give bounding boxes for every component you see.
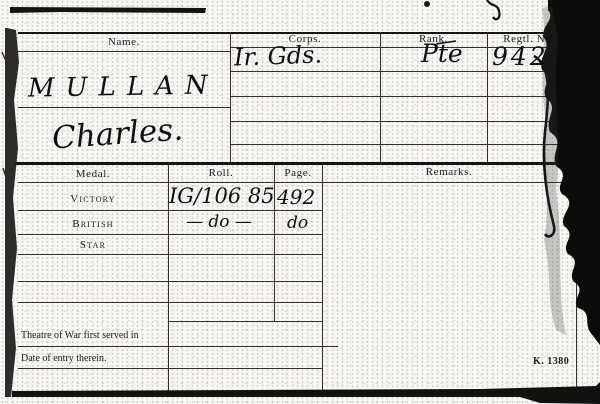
medal-row-british-label: British (18, 218, 168, 230)
rule-line (18, 281, 322, 282)
rule-line (18, 302, 322, 303)
margin-tick (2, 52, 6, 61)
rank-value: Pte (421, 39, 463, 68)
column-divider (230, 32, 231, 162)
rule-line (18, 254, 322, 255)
page-column-header: Page. (274, 167, 322, 179)
page-value-victory: 492 (277, 185, 315, 209)
rule-line (18, 182, 576, 183)
regtl-no-value: 942 (492, 42, 549, 71)
corps-value: Ir. Gds. (234, 40, 323, 71)
forename-value: Charles. (51, 111, 184, 156)
handwriting-flourish (534, 56, 554, 236)
roll-value-british-ditto: — do — (186, 212, 252, 232)
surname-value: MULLAN (28, 70, 219, 103)
remarks-column-header: Remarks. (322, 166, 576, 178)
bottom-scan-bar (12, 382, 600, 404)
rule-line (18, 234, 322, 235)
rule-line (18, 107, 230, 108)
margin-tick (3, 168, 6, 177)
page-value-british-ditto: do (287, 213, 308, 233)
form-number: K. 1380 (533, 356, 573, 367)
rule-line (18, 368, 322, 369)
rule-line (230, 71, 576, 72)
rule-line (230, 144, 576, 145)
medal-row-victory-label: Victory (18, 193, 168, 205)
left-torn-edge (5, 28, 19, 397)
medal-index-card-scan: Name. Corps. Rank. Regtl. No. Medal. Rol… (0, 0, 600, 404)
rule-line (168, 321, 322, 322)
card-right-edge (576, 32, 577, 392)
name-column-header: Name. (18, 36, 230, 48)
top-scan-bar (10, 7, 206, 13)
roll-value-victory: IG/106 85 (169, 184, 275, 208)
theatre-of-war-label: Theatre of War first served in (21, 330, 167, 341)
date-of-entry-label: Date of entry therein. (21, 353, 167, 364)
rule-line (18, 51, 230, 52)
column-divider (380, 32, 381, 162)
ink-speck (424, 1, 430, 7)
medal-column-header: Medal. (18, 168, 168, 180)
rule-line (18, 210, 322, 211)
ink-squiggle (487, 0, 499, 19)
rule-line (230, 96, 576, 97)
rule-line (230, 121, 576, 122)
medal-row-star-label: Star (18, 239, 168, 251)
section-divider-line (14, 162, 582, 165)
column-divider (487, 32, 488, 162)
column-divider (322, 165, 323, 392)
roll-column-header: Roll. (168, 167, 274, 179)
rule-line (18, 346, 338, 347)
